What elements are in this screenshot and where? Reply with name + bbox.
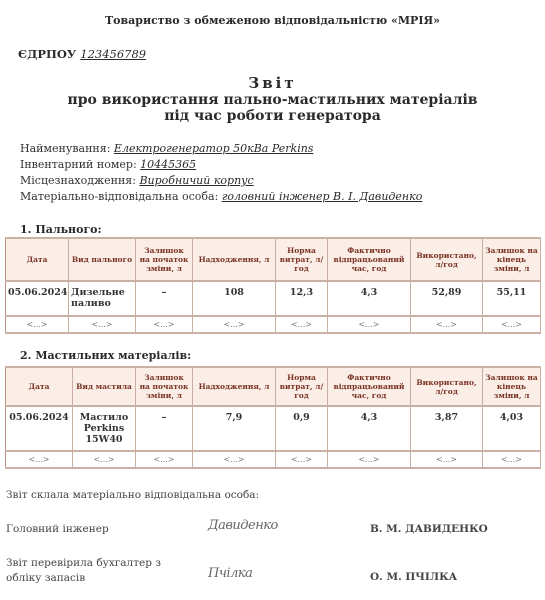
col-used: Використано, л/год: [411, 238, 483, 281]
filler-cell: <...>: [69, 316, 136, 333]
title-line-1: про використання пально-мастильних матер…: [0, 92, 545, 108]
cell-used: 52,89: [411, 281, 483, 316]
cell-hours: 4,3: [328, 281, 411, 316]
fuel-table: Дата Вид пального Залишок на початок змі…: [5, 237, 541, 334]
cell-date: 05.06.2024: [6, 281, 69, 316]
equipment-info: Найменування: Електрогенератор 50кВа Per…: [20, 141, 422, 205]
filler-cell: <...>: [136, 316, 193, 333]
col-end-balance: Залишок на кінець зміни, л: [483, 367, 541, 406]
filler-cell: <...>: [6, 316, 69, 333]
col-start-balance: Залишок на початок зміни, л: [136, 238, 193, 281]
col-start-balance: Залишок на початок зміни, л: [136, 367, 193, 406]
col-end-balance: Залишок на кінець зміни, л: [483, 238, 541, 281]
filler-cell: <...>: [411, 451, 483, 468]
info-inventory-number: Інвентарний номер: 10445365: [20, 157, 422, 173]
signature-1: Давиденко: [208, 518, 278, 533]
signatory-name-1: В. М. ДАВИДЕНКО: [370, 523, 488, 535]
signature-2: Пчілка: [208, 566, 252, 581]
edrpou: ЄДРПОУ 123456789: [18, 47, 146, 61]
col-norm: Норма витрат, л/год: [276, 367, 328, 406]
filler-cell: <...>: [328, 451, 411, 468]
fuel-section-title: 1. Пального:: [20, 223, 102, 236]
col-received: Надходження, л: [193, 367, 276, 406]
signature-position-2: Звіт перевірила бухгалтер з обліку запас…: [6, 556, 191, 586]
lubricants-section-title: 2. Мастильних матеріалів:: [20, 349, 191, 362]
signatory-name-2: О. М. ПЧІЛКА: [370, 571, 457, 583]
table-row: 05.06.2024 Дизельне паливо – 108 12,3 4,…: [6, 281, 541, 316]
cell-date: 05.06.2024: [6, 406, 73, 451]
col-used: Використано, л/год: [411, 367, 483, 406]
fuel-header-row: Дата Вид пального Залишок на початок змі…: [6, 238, 541, 281]
filler-row: <...> <...> <...> <...> <...> <...> <...…: [6, 316, 541, 333]
cell-hours: 4,3: [328, 406, 411, 451]
col-oil-type: Вид мастила: [73, 367, 136, 406]
cell-start-balance: –: [136, 406, 193, 451]
cell-received: 108: [193, 281, 276, 316]
col-hours: Фактично відпрацьований час, год: [328, 238, 411, 281]
filler-cell: <...>: [328, 316, 411, 333]
filler-cell: <...>: [73, 451, 136, 468]
cell-end-balance: 4,03: [483, 406, 541, 451]
col-date: Дата: [6, 238, 69, 281]
filler-cell: <...>: [193, 316, 276, 333]
col-received: Надходження, л: [193, 238, 276, 281]
edrpou-label: ЄДРПОУ: [18, 47, 76, 61]
cell-norm: 0,9: [276, 406, 328, 451]
cell-oil-type: Мастило Perkins 15W40: [73, 406, 136, 451]
filler-cell: <...>: [411, 316, 483, 333]
filler-cell: <...>: [483, 316, 541, 333]
table-row: 05.06.2024 Мастило Perkins 15W40 – 7,9 0…: [6, 406, 541, 451]
filler-cell: <...>: [136, 451, 193, 468]
filler-row: <...> <...> <...> <...> <...> <...> <...…: [6, 451, 541, 468]
cell-received: 7,9: [193, 406, 276, 451]
filler-cell: <...>: [6, 451, 73, 468]
cell-fuel-type: Дизельне паливо: [69, 281, 136, 316]
cell-start-balance: –: [136, 281, 193, 316]
info-responsible-person: Матеріально-відповідальна особа: головни…: [20, 189, 422, 205]
edrpou-value: 123456789: [80, 47, 146, 61]
title-line-2: під час роботи генератора: [0, 108, 545, 124]
col-norm: Норма витрат, л/год: [276, 238, 328, 281]
cell-used: 3,87: [411, 406, 483, 451]
info-location: Місцезнаходження: Виробничий корпус: [20, 173, 422, 189]
filler-cell: <...>: [276, 316, 328, 333]
filler-cell: <...>: [483, 451, 541, 468]
col-hours: Фактично відпрацьований час, год: [328, 367, 411, 406]
signatures-intro: Звіт склала матеріально відповідальна ос…: [6, 489, 259, 501]
cell-end-balance: 55,11: [483, 281, 541, 316]
col-fuel-type: Вид пального: [69, 238, 136, 281]
filler-cell: <...>: [193, 451, 276, 468]
info-name: Найменування: Електрогенератор 50кВа Per…: [20, 141, 422, 157]
filler-cell: <...>: [276, 451, 328, 468]
signature-position-1: Головний інженер: [6, 523, 109, 535]
company-name: Товариство з обмеженою відповідальністю …: [0, 14, 545, 27]
lubricants-header-row: Дата Вид мастила Залишок на початок змін…: [6, 367, 541, 406]
cell-norm: 12,3: [276, 281, 328, 316]
title-main: Звіт: [0, 75, 545, 92]
report-title: Звіт про використання пально-мастильних …: [0, 75, 545, 124]
col-date: Дата: [6, 367, 73, 406]
lubricants-table: Дата Вид мастила Залишок на початок змін…: [5, 366, 541, 469]
